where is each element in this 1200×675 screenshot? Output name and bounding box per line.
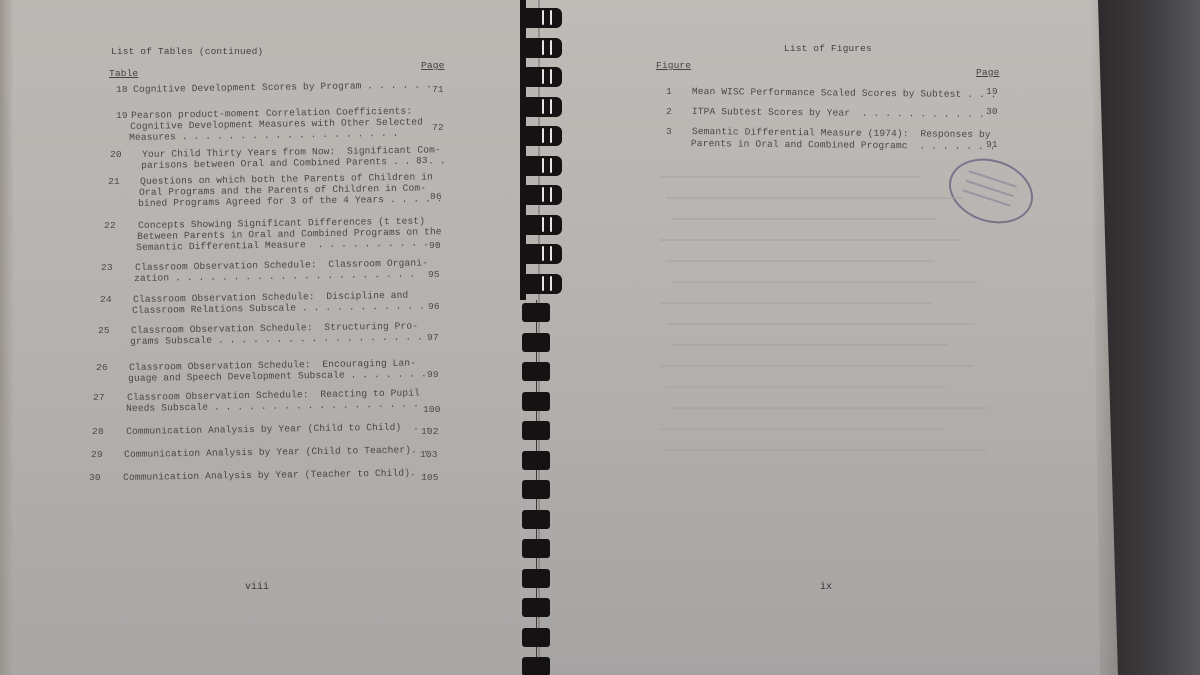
binding-coil [522,657,550,675]
table-page-number: 105 [421,472,439,484]
table-number: 21 [108,176,120,188]
figure-number: 3 [666,126,672,138]
binding-coil [522,539,550,558]
right-page [540,0,1120,675]
table-number: 30 [89,472,101,484]
open-spiral-bound-report: List of Tables (continued) Table Page 18… [0,0,1200,675]
spiral-binding [518,0,568,675]
table-number: 22 [104,220,116,232]
table-number: 18 [116,84,128,96]
binding-coil [522,333,550,352]
tables-page-column-label: Page [421,60,444,72]
table-page-number: 100 [423,404,441,416]
binding-coil [522,421,550,440]
binding-coil [524,274,562,294]
table-number: 29 [91,449,103,461]
binding-coil [524,38,562,58]
table-number: 19 [116,110,128,122]
table-number: 25 [98,325,110,337]
table-number: 24 [100,294,112,306]
table-number: 23 [101,262,113,274]
figures-page-column-label: Page [976,67,999,79]
table-page-number: 72 [432,122,444,134]
figure-column-label: Figure [656,60,691,72]
binding-coil [522,362,550,381]
binding-coil [524,97,562,117]
table-number: 27 [93,392,105,404]
table-number: 28 [92,426,104,438]
figure-number: 2 [666,106,672,118]
table-page-number: 99 [427,369,439,381]
table-page-number: 103 [420,449,438,461]
figure-number: 1 [666,86,672,98]
list-of-figures-heading: List of Figures [784,43,872,55]
binding-coil [522,510,550,529]
table-page-number: 96 [428,301,440,313]
binding-coil [524,156,562,176]
table-page-number: 102 [421,426,439,438]
binding-coil [522,598,550,617]
binding-coil [524,185,562,205]
binding-coil [524,244,562,264]
binding-coil [522,451,550,470]
table-page-number: 97 [427,332,439,344]
binding-coil [524,215,562,235]
binding-coil [524,126,562,146]
figure-page-number: 19 [986,86,998,98]
binding-coil [524,67,562,87]
table-page-number: 83 [416,155,428,167]
table-number: 20 [110,149,122,161]
page-number-right: ix [820,582,832,593]
page-number-left: viii [245,582,269,593]
figure-page-number: 30 [986,106,998,118]
table-page-number: 86 [430,191,442,203]
list-of-tables-heading: List of Tables (continued) [111,46,263,58]
table-number: 26 [96,362,108,374]
table-page-number: 95 [428,269,440,281]
binding-coil [522,303,550,322]
table-column-label: Table [109,68,138,80]
figure-page-number: 91 [986,139,998,151]
binding-coil [522,392,550,411]
binding-coil [522,569,550,588]
binding-coil [524,8,562,28]
table-page-number: 90 [429,240,441,252]
table-page-number: 71 [432,84,444,96]
binding-coil [522,628,550,647]
binding-coil [522,480,550,499]
